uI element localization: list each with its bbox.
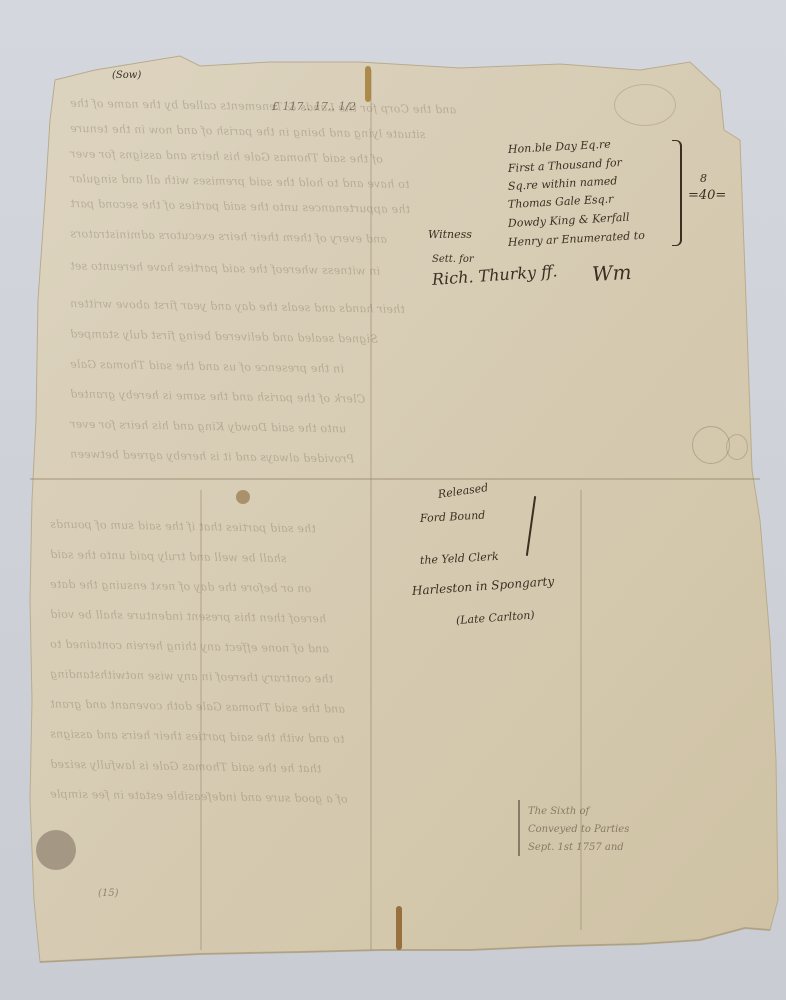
stamp-circle-2 (726, 434, 748, 460)
bracket-brace (672, 140, 682, 246)
stamp-circle-1 (692, 426, 730, 464)
wax-seal-remnant (36, 830, 76, 870)
note-line-3: Sept. 1st 1757 and (528, 842, 624, 853)
bracket-total: =40= (688, 188, 726, 203)
ink-blot (236, 490, 250, 504)
note-line-1: The Sixth of (528, 806, 589, 817)
witness-label: Witness (428, 228, 472, 241)
top-left-note: (Sow) (112, 70, 141, 81)
bottom-left-mark: (15) (98, 888, 119, 899)
manuscript-page: and the Corp for the Lands & Tenements c… (0, 0, 786, 1000)
rust-stain-top (365, 66, 371, 102)
signature-prefix: Sett. for (432, 254, 474, 265)
signature-mark: Wm (591, 260, 632, 286)
rust-stain-bottom (396, 906, 402, 950)
note-line-2: Conveyed to Parties (528, 824, 629, 835)
vertical-fold-crease-right (580, 490, 582, 930)
faint-stamp-top (614, 84, 676, 126)
note-bracket (518, 800, 520, 856)
horizontal-fold-crease (30, 478, 760, 480)
bracket-total-top: 8 (700, 172, 707, 185)
top-center-amount: £ 117.. 17.. 1/2 (272, 100, 356, 113)
